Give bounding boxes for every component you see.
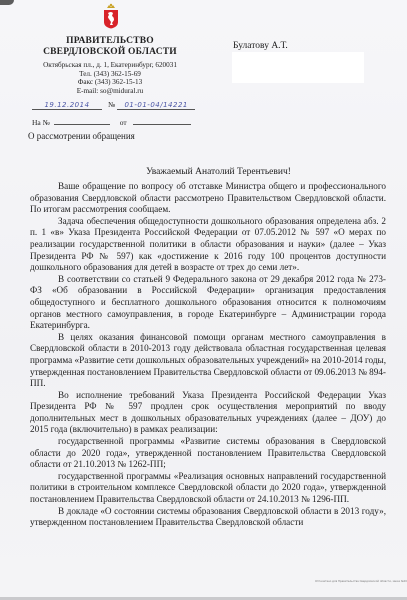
ref-from-label: от (120, 118, 127, 127)
org-email: E-mail: so@midural.ru (30, 87, 190, 96)
coat-of-arms-icon (102, 3, 120, 29)
redacted-block (232, 52, 364, 83)
paragraph: государственной программы «Реализация ос… (30, 471, 386, 506)
paragraph: Ваше обращение по вопросу об отставке Ми… (30, 181, 386, 216)
paragraph: государственной программы «Развитие сист… (30, 436, 386, 471)
letter-subject: О рассмотрении обращения (28, 131, 135, 141)
letter-page: ПРАВИТЕЛЬСТВО СВЕРДЛОВСКОЙ ОБЛАСТИ Октяб… (0, 0, 407, 600)
number-label: № (108, 100, 115, 109)
handwritten-number: 01-01-04/14221 (124, 101, 187, 109)
org-name-line2: СВЕРДЛОВСКОЙ ОБЛАСТИ (30, 47, 190, 58)
org-address: Октябрьская пл., д. 1, Екатеринбург, 620… (30, 61, 190, 70)
ref-number-label: На № (32, 118, 50, 127)
ref-date-blank (133, 116, 191, 125)
org-phone: Тел. (343) 362-15-69 (30, 70, 190, 79)
paragraph: В соответствии со статьей 9 Федерального… (30, 274, 386, 332)
paragraph: Во исполнение требований Указа Президент… (30, 390, 386, 436)
print-note: Отпечатано для Правительства Свердловско… (315, 580, 407, 583)
ref-number-blank (54, 116, 110, 125)
addressee-name: Булатову А.Т. (233, 41, 288, 51)
org-name-line1: ПРАВИТЕЛЬСТВО (30, 36, 190, 47)
paragraph: В докладе «О состоянии системы образован… (30, 506, 386, 529)
org-fax: Факс (343) 362-15-13 (30, 78, 190, 87)
reference-line: На № от (32, 116, 191, 127)
registration-line: 19.12.2014 № 01-01-04/14221 (32, 100, 195, 110)
letter-body: Ваше обращение по вопросу об отставке Ми… (30, 181, 386, 529)
greeting: Уважаемый Анатолий Терентьевич! (0, 167, 407, 177)
letterhead: ПРАВИТЕЛЬСТВО СВЕРДЛОВСКОЙ ОБЛАСТИ Октяб… (30, 36, 190, 95)
paragraph: Задача обеспечения общедоступности дошко… (30, 216, 386, 274)
scan-artifact (0, 0, 14, 5)
paragraph: В целях оказания финансовой помощи орган… (30, 332, 386, 390)
handwritten-date: 19.12.2014 (44, 101, 89, 109)
